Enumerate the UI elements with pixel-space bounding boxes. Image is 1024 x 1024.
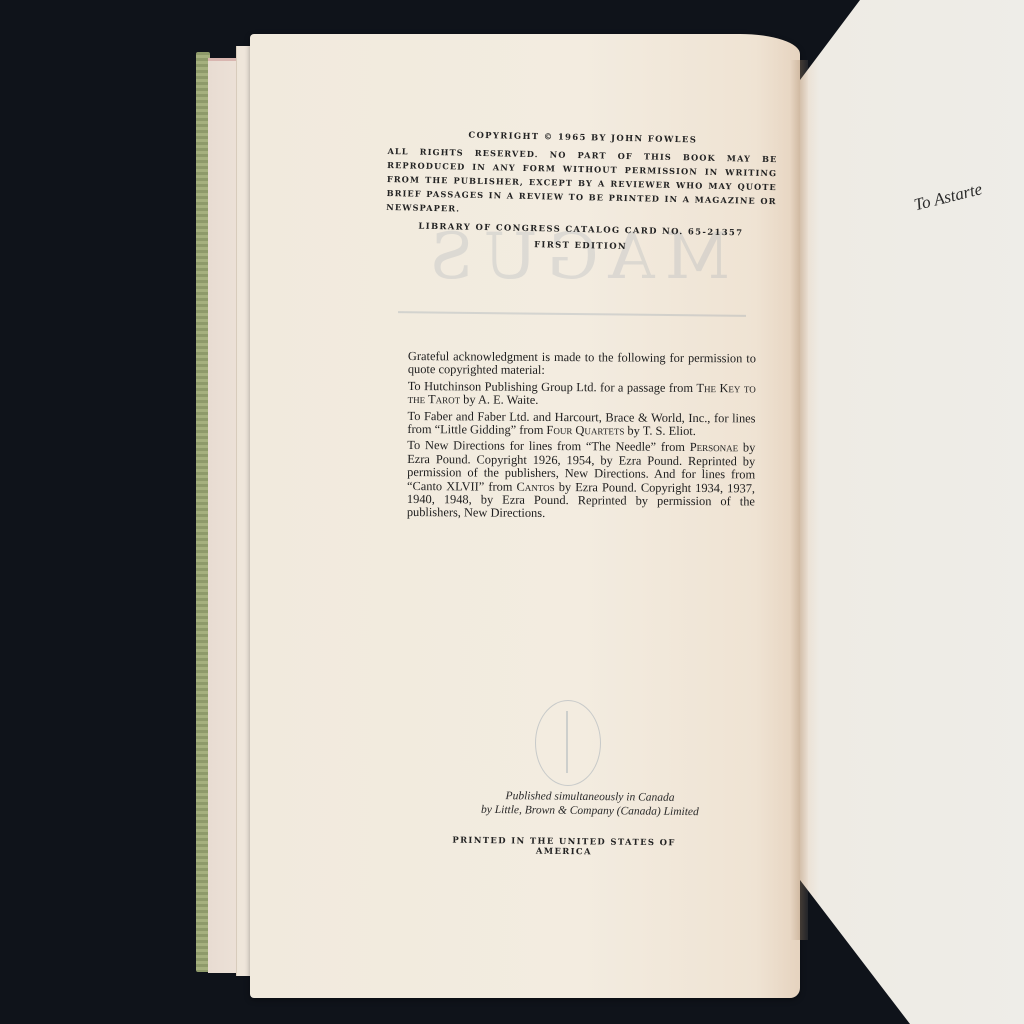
dedication-page <box>800 0 1024 1024</box>
printed-in-line: Printed in the United States of America <box>428 834 700 857</box>
canada-publication-note: Published simultaneously in Canada by Li… <box>440 788 740 819</box>
ack-text: by T. S. Eliot. <box>624 424 696 438</box>
rights-reserved-text: All rights reserved. No part of this boo… <box>386 144 777 222</box>
book-title: Four Quartets <box>546 423 624 438</box>
lccn-line: Library of Congress Catalog Card No. 65-… <box>386 220 776 238</box>
book-photo: MAGUS Copyright © 1965 by John Fowles Al… <box>0 0 1024 1024</box>
book-title: Cantos <box>517 479 555 493</box>
ack-intro: Grateful acknowledgment is made to the f… <box>408 350 756 379</box>
publisher-colophon-icon <box>535 700 601 786</box>
ack-item: To Faber and Faber Ltd. and Harcourt, Br… <box>407 410 755 439</box>
copyright-block: Copyright © 1965 by John Fowles All righ… <box>386 128 778 254</box>
ack-item: To New Directions for lines from “The Ne… <box>407 439 756 522</box>
book-title: Personae <box>690 440 739 454</box>
ack-text: by A. E. Waite. <box>460 393 538 408</box>
acknowledgments: Grateful acknowledgment is made to the f… <box>407 350 756 525</box>
ack-item: To Hutchinson Publishing Group Ltd. for … <box>408 380 756 409</box>
gutter-shadow <box>790 60 808 940</box>
